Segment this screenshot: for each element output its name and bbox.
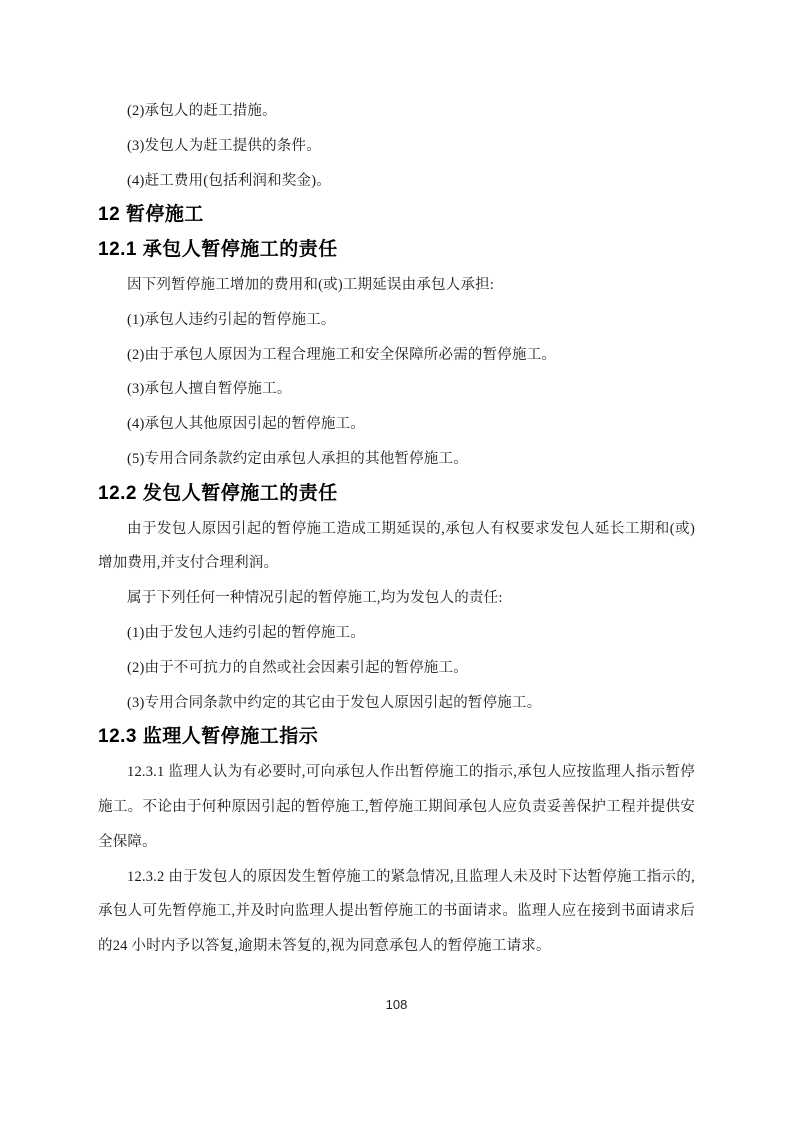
paragraph: 12.3.2 由于发包人的原因发生暂停施工的紧急情况,且监理人未及时下达暂停施工…	[98, 860, 695, 964]
list-item: (2)由于承包人原因为工程合理施工和安全保障所必需的暂停施工。	[98, 338, 695, 373]
list-item: (1)由于发包人违约引起的暂停施工。	[98, 616, 695, 651]
document-page: (2)承包人的赶工措施。 (3)发包人为赶工提供的条件。 (4)赶工费用(包括利…	[0, 0, 793, 1122]
document-body: (2)承包人的赶工措施。 (3)发包人为赶工提供的条件。 (4)赶工费用(包括利…	[98, 94, 695, 964]
paragraph: 由于发包人原因引起的暂停施工造成工期延误的,承包人有权要求发包人延长工期和(或)…	[98, 512, 695, 582]
list-item: (1)承包人违约引起的暂停施工。	[98, 303, 695, 338]
list-item: (4)赶工费用(包括利润和奖金)。	[98, 164, 695, 199]
chapter-heading: 12 暂停施工	[98, 198, 695, 233]
section-heading: 12.3 监理人暂停施工指示	[98, 720, 695, 755]
section-heading: 12.1 承包人暂停施工的责任	[98, 233, 695, 268]
section-heading: 12.2 发包人暂停施工的责任	[98, 477, 695, 512]
paragraph: 12.3.1 监理人认为有必要时,可向承包人作出暂停施工的指示,承包人应按监理人…	[98, 755, 695, 859]
paragraph: 属于下列任何一种情况引起的暂停施工,均为发包人的责任:	[98, 581, 695, 616]
list-item: (5)专用合同条款约定由承包人承担的其他暂停施工。	[98, 442, 695, 477]
list-item: (3)专用合同条款中约定的其它由于发包人原因引起的暂停施工。	[98, 686, 695, 721]
list-item: (2)由于不可抗力的自然或社会因素引起的暂停施工。	[98, 651, 695, 686]
list-item: (2)承包人的赶工措施。	[98, 94, 695, 129]
paragraph: 因下列暂停施工增加的费用和(或)工期延误由承包人承担:	[98, 268, 695, 303]
list-item: (3)承包人擅自暂停施工。	[98, 372, 695, 407]
page-number: 108	[0, 997, 793, 1012]
list-item: (4)承包人其他原因引起的暂停施工。	[98, 407, 695, 442]
list-item: (3)发包人为赶工提供的条件。	[98, 129, 695, 164]
